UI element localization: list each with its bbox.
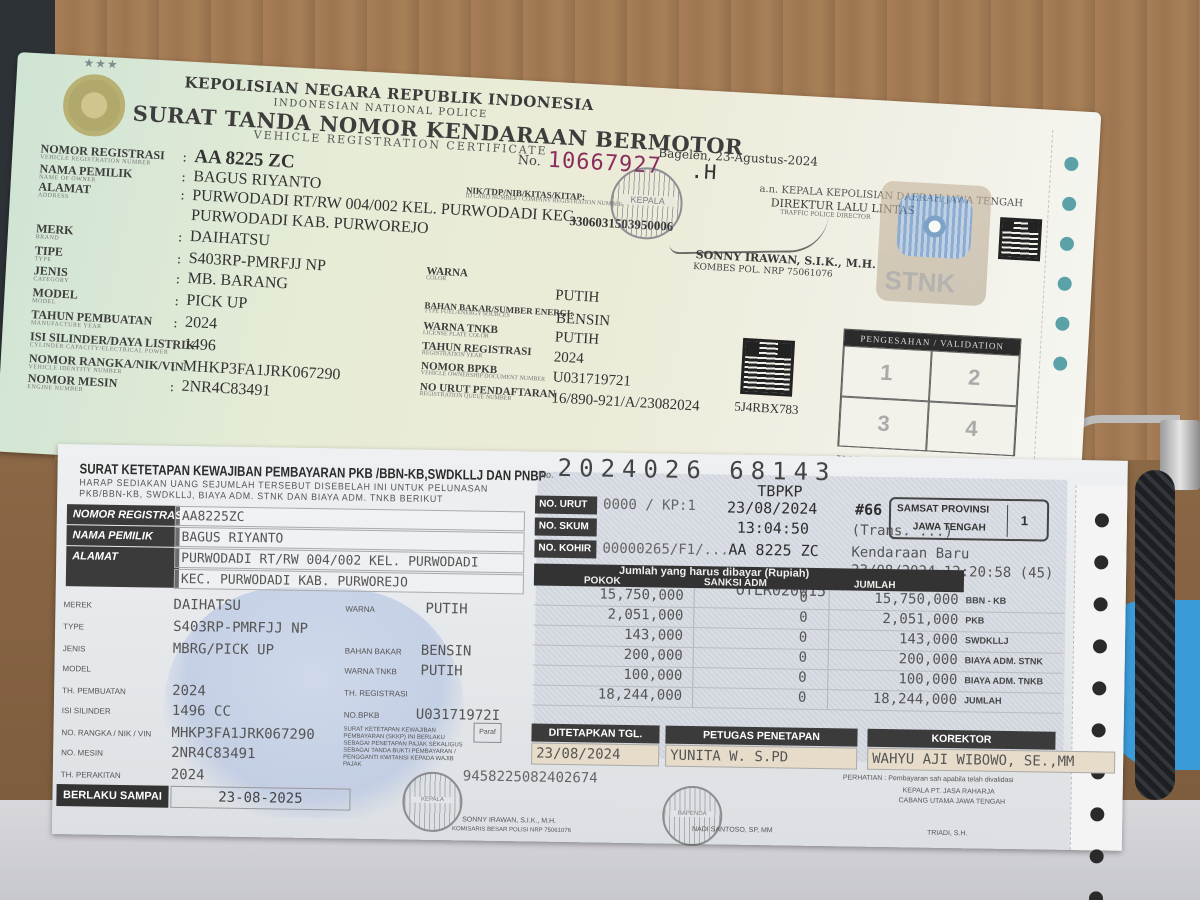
payment-jumlah: 18,244,000 (827, 690, 957, 708)
label-engine-number: NO. MESIN (61, 748, 103, 758)
doc-number-label: No. (517, 153, 541, 169)
label-address: ALAMAT (66, 546, 180, 588)
model-value: PICK UP (186, 292, 248, 313)
label-owner-name: NAMA PEMILIK (66, 525, 179, 547)
field-fuel: BAHAN BAKAR/SUMBER ENERGI:TYPE FUEL/ENER… (424, 300, 574, 322)
label-corrector: KOREKTOR (867, 729, 1055, 750)
payment-pokok: 100,000 (532, 665, 682, 683)
doc-number-suffix: .H (690, 160, 718, 186)
kepala-stamp-icon: KEPALA (402, 771, 463, 832)
label-color: WARNA (345, 605, 375, 614)
payment-jumlah: 2,051,000 (828, 610, 958, 628)
payment-item: PKB (965, 615, 984, 625)
field-queue-number: NO URUT PENDAFTARANREGISTRATION QUEUE NU… (419, 381, 556, 405)
field-type: TIPETYPE (34, 243, 63, 264)
validation-box: PENGESAHAN / VALIDATION 1 2 3 4 (837, 329, 1021, 457)
payment-pokok: 18,244,000 (532, 685, 682, 703)
star-icon: ★★★ (83, 56, 119, 72)
valid-until-value: 23-08-2025 (170, 786, 350, 811)
bapenda-signer: NADI SANTOSO, SP, MM (692, 826, 773, 834)
validation-cell: 4 (926, 401, 1017, 456)
plate-color-value: PUTIH (554, 329, 599, 348)
payment-item: JUMLAH (964, 695, 1002, 706)
corrector-value: WAHYU AJI WIBOWO, SE.,MM (867, 748, 1115, 774)
payment-pokok: 2,051,000 (533, 605, 683, 623)
cylinder-value: 1496 (183, 336, 216, 356)
payment-sanksi: 0 (783, 629, 823, 646)
payment-sanksi: 0 (782, 669, 822, 686)
validation-cell: 3 (838, 396, 929, 451)
stnk-hologram-logo: STNK (875, 180, 992, 306)
field-registration-year: TAHUN REGISTRASIREGISTRATION YEAR (422, 340, 532, 362)
label-skum-number: NO. SKUM (535, 517, 597, 536)
vin-value: MHKP3FA1JRK067290 (171, 725, 315, 743)
print-time: 13:04:50 (737, 519, 810, 538)
color-value: PUTIH (555, 287, 600, 306)
engine-number-value: 2NR4C83491 (181, 378, 271, 401)
payment-jumlah: 200,000 (828, 650, 958, 668)
police-signer: SONNY IRAWAN, S.I.K., M.H. (462, 816, 556, 824)
signature (669, 212, 830, 254)
type-value: S403RP-PMRFJJ NP (173, 619, 308, 637)
label-kohir-number: NO. KOHIR (534, 539, 596, 558)
set-date-value: 23/08/2024 (531, 742, 659, 766)
barcode-number: 9458225082402674 (463, 768, 598, 786)
braided-keychain-cord (1135, 470, 1175, 800)
cylinder-value: 1496 CC (172, 703, 231, 720)
print-status: Kendaraan Baru (851, 544, 969, 562)
field-address: ALAMATADDRESS (38, 179, 91, 201)
print-tbpkp: TBPKP (757, 482, 802, 501)
payment-item: BIAYA ADM. STNK (965, 655, 1043, 666)
payment-item: SWDKLLJ (965, 635, 1009, 646)
color-value: PUTIH (425, 601, 467, 618)
payment-jumlah: 15,750,000 (829, 590, 959, 608)
label-category: JENIS (63, 644, 86, 653)
field-brand: MERKBRAND (36, 221, 74, 242)
legal-note: SURAT KETETAPAN KEWAJIBAN PEMBAYARAN (SK… (343, 727, 469, 771)
queue-number-value: 16/890-921/A/23082024 (551, 390, 700, 415)
payment-sanksi: 0 (783, 649, 823, 666)
label-registration-year: TH. REGISTRASI (344, 689, 408, 699)
field-bpkb: NOMOR BPKBVEHICLE OWNERSHIP DOCUMENT NUM… (421, 360, 546, 383)
jasa-raharja-line1: KEPALA PT. JASA RAHARJA (903, 787, 995, 795)
police-signer-rank: KOMISARIS BESAR POLISI NRP 75061076 (452, 826, 571, 834)
serial-label: No. (540, 470, 554, 480)
category-value: MBRG/PICK UP (173, 641, 274, 659)
label-brand: MEREK (63, 600, 92, 609)
kohir-number-value: 00000265/F1/... (602, 541, 729, 559)
samsat-stamp: SAMSAT PROVINSI JAWA TENGAH 1 (889, 497, 1050, 542)
field-category: JENISCATEGORY (33, 263, 70, 284)
payment-jumlah: 143,000 (828, 630, 958, 648)
plate-color-value: PUTIH (420, 663, 462, 680)
manufacture-year-value: 2024 (172, 683, 206, 700)
qr-code-icon (998, 217, 1042, 261)
field-manufacture-year: TAHUN PEMBUATANMANUFACTURE YEAR (31, 307, 153, 333)
field-engine-number: NOMOR MESINENGINE NUMBER (27, 371, 118, 395)
label-type: TYPE (63, 622, 84, 631)
label-set-date: DITETAPKAN TGL. (531, 723, 659, 743)
label-officer: PETUGAS PENETAPAN (665, 726, 857, 747)
validation-cell: 2 (929, 350, 1020, 405)
qr-code-text: 5J4RBX783 (734, 399, 799, 419)
label-model: MODEL (62, 664, 91, 673)
label-manufacture-year: TH. PEMBUATAN (62, 686, 126, 696)
fuel-value: BENSIN (421, 643, 472, 660)
stnk-certificate: ★★★ KEPOLISIAN NEGARA REPUBLIK INDONESIA… (0, 52, 1101, 512)
validation-cell: 1 (841, 346, 932, 401)
payment-pokok: 15,750,000 (534, 585, 684, 603)
category-value: MB. BARANG (187, 270, 288, 294)
label-fuel: BAHAN BAKAR (345, 647, 402, 657)
print-ref: #66 (855, 501, 882, 519)
label-cylinder: ISI SILINDER (62, 706, 111, 716)
police-emblem-icon (61, 73, 126, 138)
officer-value: YUNITA W. S.PD (665, 745, 857, 770)
manufacture-year-value: 2024 (185, 314, 218, 334)
label-plate-color: WARNA TNKB (344, 667, 397, 677)
queue-number-value: 0000 / KP:1 (603, 497, 696, 514)
label-vin: NO. RANGKA / NIK / VIN (61, 728, 151, 738)
payment-item: BIAYA ADM. TNKB (964, 675, 1043, 686)
payment-sanksi: 0 (783, 609, 823, 626)
bpkb-value: U03171972I (416, 707, 501, 724)
engine-number-value: 2NR4C83491 (171, 745, 256, 762)
field-plate-color: WARNA TNKBLICENSE PLATE COLOR (423, 320, 498, 340)
assembly-year-value: 2024 (171, 767, 205, 784)
brand-value: DAIHATSU (189, 228, 270, 250)
field-color: WARNACOLOR (426, 265, 468, 283)
jasa-raharja-line2: CABANG UTAMA JAWA TENGAH (898, 797, 1005, 806)
payment-pokok: 200,000 (533, 645, 683, 663)
brand-value: DAIHATSU (173, 597, 241, 614)
serial-number: 2024026 68143 (557, 454, 836, 486)
address-value-line2: KEC. PURWODADI KAB. PURWOREJO (174, 569, 524, 594)
payment-pokok: 143,000 (533, 625, 683, 643)
fuel-value: BENSIN (555, 310, 610, 330)
label-bpkb: NO.BPKB (344, 711, 380, 721)
label-assembly-year: TH. PERAKITAN (61, 770, 121, 780)
payment-sanksi: 0 (784, 589, 824, 606)
bpkb-value: U031719721 (552, 369, 631, 390)
payment-item: BBN - KB (966, 595, 1007, 606)
payment-sanksi: 0 (782, 689, 822, 706)
attention-note: PERHATIAN : Pembayaran sah apabila telah… (843, 774, 1014, 784)
registration-year-value: 2024 (553, 349, 584, 368)
print-plate: AA 8225 ZC (728, 541, 819, 560)
label-queue-number: NO. URUT (535, 496, 597, 515)
skkp-tax-receipt: SURAT KETETAPAN KEWAJIBAN PEMBAYARAN PKB… (52, 444, 1128, 851)
paraf-box: Paraf (473, 723, 501, 743)
field-model: MODELMODEL (32, 285, 78, 307)
label-registration-number: NOMOR REGISTRASI (67, 504, 180, 526)
qr-code-icon (740, 338, 795, 397)
label-valid-until: BERLAKU SAMPAI (56, 784, 168, 808)
perforation-strip (1070, 485, 1128, 851)
bapenda-stamp-icon: BAPENDA (662, 786, 723, 847)
payment-jumlah: 100,000 (827, 670, 957, 688)
jasa-raharja-signer: TRIADI, S.H. (927, 830, 968, 838)
print-date: 23/08/2024 (727, 499, 818, 518)
